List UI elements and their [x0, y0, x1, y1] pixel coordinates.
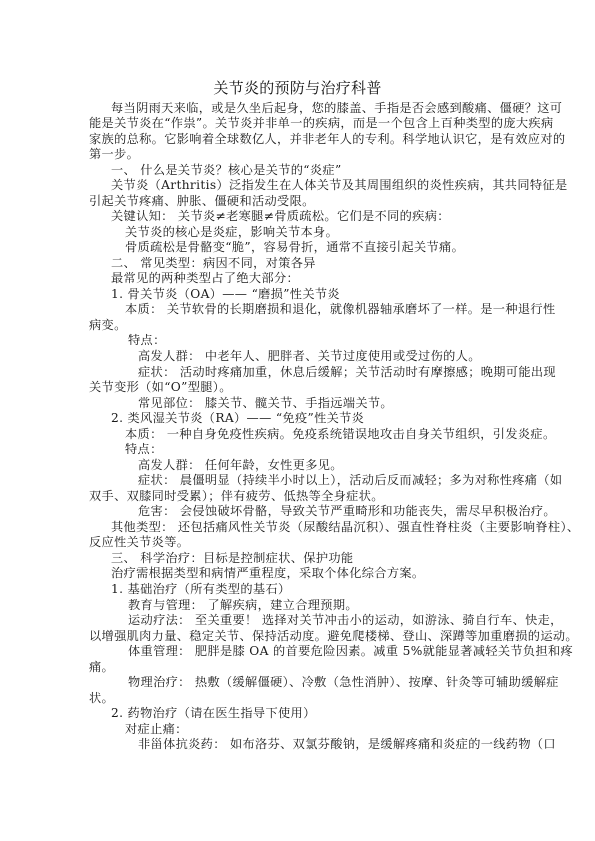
paragraph-line: 状。	[89, 691, 507, 707]
paragraph-line: 关节炎（Arthritis）泛指发生在人体关节及其周围组织的炎性疾病，其共同特征…	[89, 178, 507, 194]
paragraph-line: 关节炎的核心是炎症，影响关节本身。	[89, 225, 507, 241]
paragraph-line: 物理治疗： 热敷（缓解僵硬）、冷敷（急性消肿）、按摩、针灸等可辅助缓解症	[89, 675, 507, 691]
paragraph-line: 最常见的两种类型占了绝大部分：	[89, 271, 507, 287]
paragraph-line: 本质： 一种自身免疫性疾病。免疫系统错误地攻击自身关节组织，引发炎症。	[89, 427, 507, 443]
paragraph-line: 2. 类风湿关节炎（RA）—— “免疫”性关节炎	[89, 411, 507, 427]
document-title: 关节炎的预防与治疗科普	[0, 79, 595, 97]
paragraph-line: 反应性关节炎等。	[89, 535, 507, 551]
paragraph-line: 病变。	[89, 318, 507, 334]
paragraph-line: 症状： 活动时疼痛加重，休息后缓解；关节活动时有摩擦感；晚期可能出现	[89, 365, 507, 381]
paragraph-line: 其他类型： 还包括痛风性关节炎（尿酸结晶沉积）、强直性脊柱炎（主要影响脊柱）、	[89, 520, 507, 536]
paragraph-line: 以增强肌肉力量、稳定关节、保持活动度。避免爬楼梯、登山、深蹲等加重磨损的运动。	[89, 629, 507, 645]
paragraph-line: 对症止痛：	[89, 722, 507, 738]
paragraph-line: 痛。	[89, 660, 507, 676]
paragraph-line: 2. 药物治疗（请在医生指导下使用）	[89, 706, 507, 722]
paragraph-line: 特点：	[89, 333, 507, 349]
paragraph-line: 关键认知： 关节炎≠老寒腿≠骨质疏松。它们是不同的疾病：	[89, 209, 507, 225]
paragraph-line: 高发人群： 中老年人、肥胖者、关节过度使用或受过伤的人。	[89, 349, 507, 365]
paragraph-line: 家族的总称。它影响着全球数亿人，并非老年人的专利。科学地认识它，是有效应对的	[89, 132, 507, 148]
paragraph-line: 骨质疏松是骨骼变“脆”，容易骨折，通常不直接引起关节痛。	[89, 240, 507, 256]
paragraph-line: 三、 科学治疗：目标是控制症状、保护功能	[89, 551, 507, 567]
paragraph-line: 引起关节疼痛、肿胀、僵硬和活动受限。	[89, 194, 507, 210]
paragraph-line: 特点：	[89, 442, 507, 458]
paragraph-line: 关节变形（如“O”型腿）。	[89, 380, 507, 396]
paragraph-line: 教育与管理： 了解疾病，建立合理预期。	[89, 598, 507, 614]
paragraph-line: 体重管理： 肥胖是膝 OA 的首要危险因素。减重 5%就能显著减轻关节负担和疼	[89, 644, 507, 660]
paragraph-line: 症状： 晨僵明显（持续半小时以上），活动后反而减轻；多为对称性疼痛（如	[89, 473, 507, 489]
paragraph-line: 本质： 关节软骨的长期磨损和退化，就像机器轴承磨坏了一样。是一种退行性	[89, 302, 507, 318]
paragraph-line: 每当阴雨天来临，或是久坐后起身，您的膝盖、手指是否会感到酸痛、僵硬？这可	[89, 101, 507, 117]
document-body: 每当阴雨天来临，或是久坐后起身，您的膝盖、手指是否会感到酸痛、僵硬？这可能是关节…	[89, 101, 507, 753]
paragraph-line: 治疗需根据类型和病情严重程度，采取个体化综合方案。	[89, 566, 507, 582]
paragraph-line: 第一步。	[89, 147, 507, 163]
document-page: 关节炎的预防与治疗科普 每当阴雨天来临，或是久坐后起身，您的膝盖、手指是否会感到…	[0, 0, 595, 841]
paragraph-line: 危害： 会侵蚀破坏骨骼，导致关节严重畸形和功能丧失，需尽早积极治疗。	[89, 504, 507, 520]
paragraph-line: 二、 常见类型：病因不同，对策各异	[89, 256, 507, 272]
paragraph-line: 能是关节炎在“作祟”。关节炎并非单一的疾病，而是一个包含上百种类型的庞大疾病	[89, 116, 507, 132]
paragraph-line: 高发人群： 任何年龄，女性更多见。	[89, 458, 507, 474]
paragraph-line: 1. 基础治疗（所有类型的基石）	[89, 582, 507, 598]
paragraph-line: 运动疗法： 至关重要！ 选择对关节冲击小的运动，如游泳、骑自行车、快走，	[89, 613, 507, 629]
paragraph-line: 非甾体抗炎药： 如布洛芬、双氯芬酸钠，是缓解疼痛和炎症的一线药物（口	[89, 737, 507, 753]
paragraph-line: 一、 什么是关节炎？核心是关节的“炎症”	[89, 163, 507, 179]
paragraph-line: 双手、双膝同时受累）；伴有疲劳、低热等全身症状。	[89, 489, 507, 505]
paragraph-line: 1. 骨关节炎（OA）—— “磨损”性关节炎	[89, 287, 507, 303]
paragraph-line: 常见部位： 膝关节、髋关节、手指远端关节。	[89, 396, 507, 412]
